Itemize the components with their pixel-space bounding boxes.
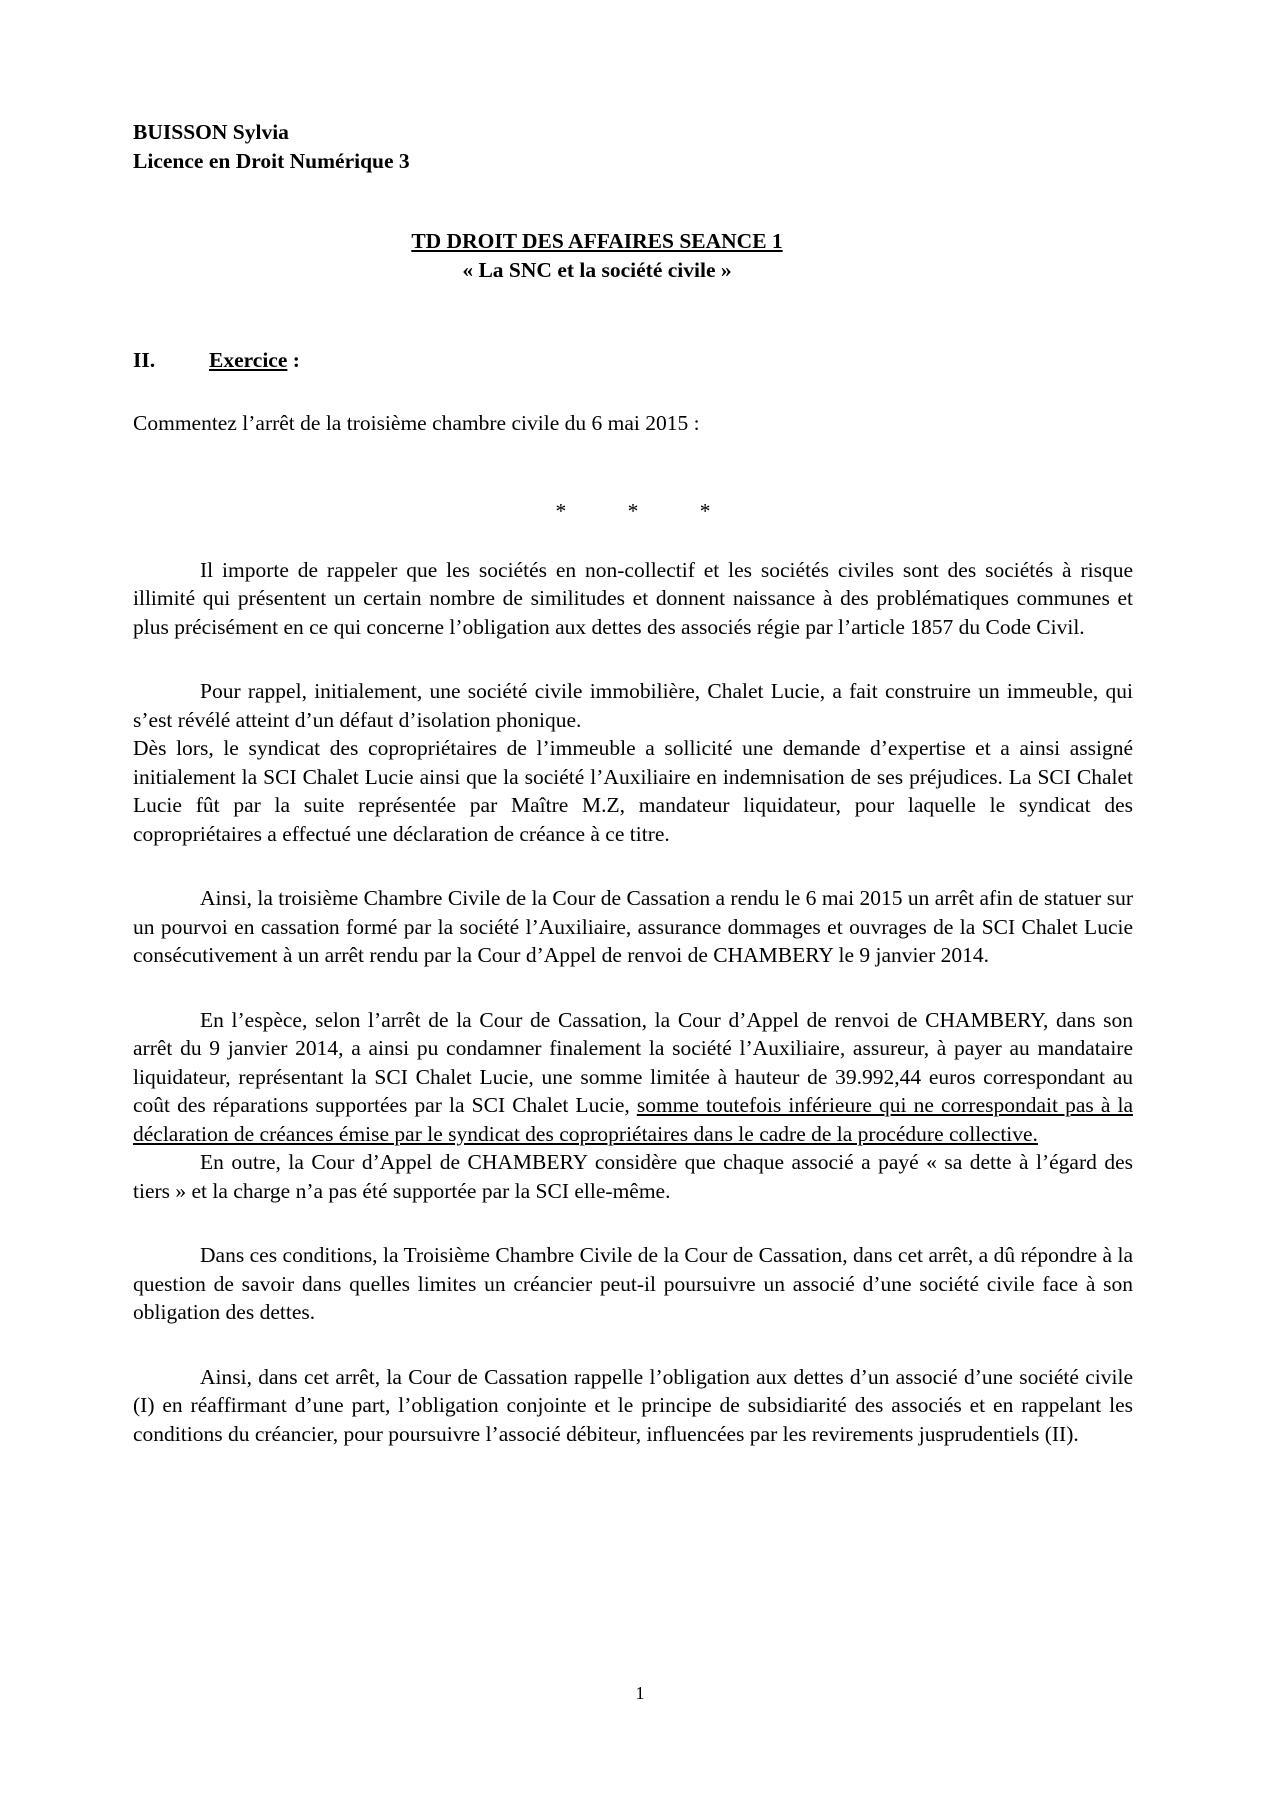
paragraph: Dans ces conditions, la Troisième Chambr… (133, 1241, 1133, 1327)
body-text: Ainsi, dans cet arrêt, la Cour de Cassat… (133, 1365, 1133, 1446)
section-colon: : (287, 348, 300, 372)
body-text: En outre, la Cour d’Appel de CHAMBERY co… (133, 1150, 1133, 1203)
section-label: Exercice (209, 348, 287, 372)
program-name: Licence en Droit Numérique 3 (133, 147, 1133, 176)
body-text: Ainsi, la troisième Chambre Civile de la… (133, 886, 1133, 967)
paragraph: Ainsi, dans cet arrêt, la Cour de Cassat… (133, 1363, 1133, 1449)
document-header: BUISSON Sylvia Licence en Droit Numériqu… (133, 118, 1133, 175)
section-heading: II.Exercice : (133, 346, 1133, 375)
body-text: Il importe de rappeler que les sociétés … (133, 558, 1133, 639)
asterisk-separator: * * * (133, 497, 1133, 526)
body-text: Dès lors, le syndicat des copropriétaire… (133, 736, 1133, 846)
paragraph: Ainsi, la troisième Chambre Civile de la… (133, 884, 1133, 970)
paragraph: Pour rappel, initialement, une société c… (133, 677, 1133, 848)
section-numeral: II. (133, 346, 209, 375)
page-number: 1 (0, 1682, 1280, 1704)
document-subtitle: « La SNC et la société civile » (133, 256, 1061, 285)
body-text: Pour rappel, initialement, une société c… (133, 679, 1133, 732)
paragraph: En l’espèce, selon l’arrêt de la Cour de… (133, 1006, 1133, 1149)
document-body: Il importe de rappeler que les sociétés … (133, 556, 1133, 1449)
author-name: BUISSON Sylvia (133, 118, 1133, 147)
exercise-prompt: Commentez l’arrêt de la troisième chambr… (133, 409, 1133, 438)
paragraph: Il importe de rappeler que les sociétés … (133, 556, 1133, 642)
document-page: BUISSON Sylvia Licence en Droit Numériqu… (0, 0, 1280, 1811)
title-block: TD DROIT DES AFFAIRES SEANCE 1 « La SNC … (133, 227, 1061, 284)
body-text: Dans ces conditions, la Troisième Chambr… (133, 1243, 1133, 1324)
paragraph: En outre, la Cour d’Appel de CHAMBERY co… (133, 1148, 1133, 1205)
document-title: TD DROIT DES AFFAIRES SEANCE 1 (133, 227, 1061, 256)
